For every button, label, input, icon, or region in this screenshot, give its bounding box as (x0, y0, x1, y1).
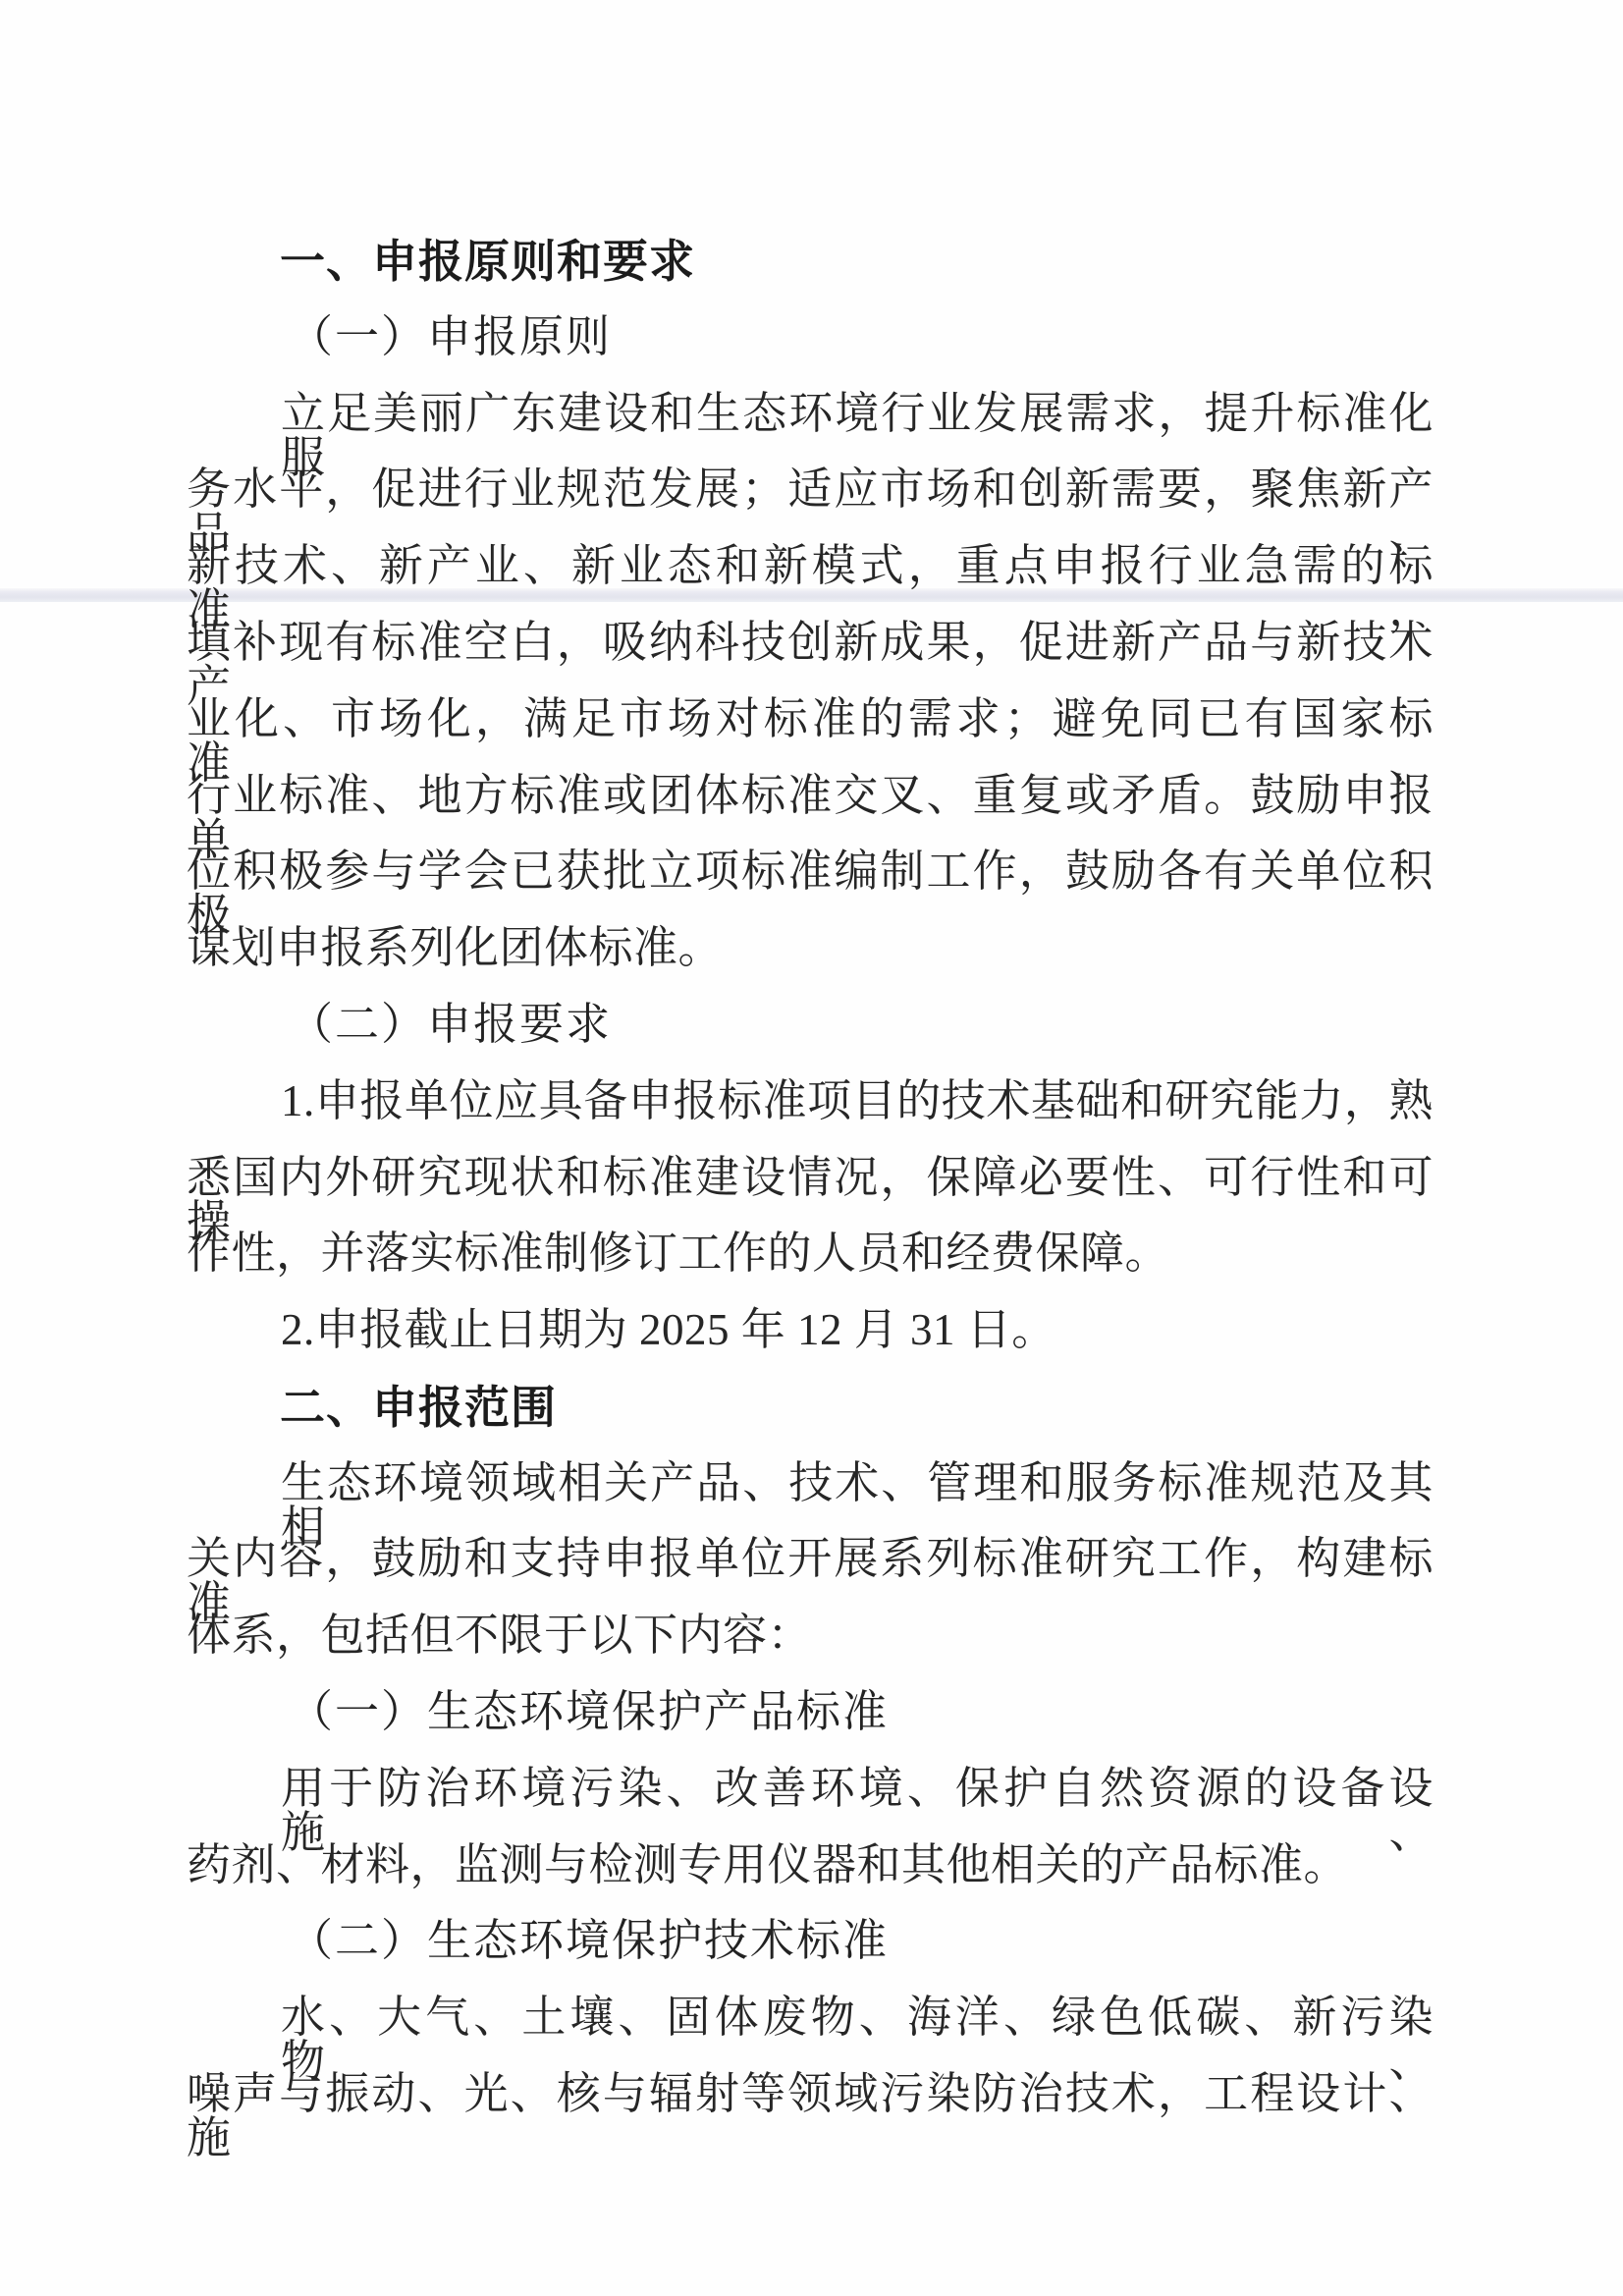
body-text-line: 1.申报单位应具备申报标准项目的技术基础和研究能力，熟 (187, 1079, 1434, 1123)
body-text-line: 药剂、材料，监测与检测专用仪器和其他相关的产品标准。 (187, 1843, 1434, 1887)
body-text-line: 作性，并落实标准制修订工作的人员和经费保障。 (187, 1231, 1434, 1276)
subheading-declaration-requirements: （二）申报要求 (289, 1003, 1434, 1047)
body-text-line: 体系，包括但不限于以下内容： (187, 1613, 1434, 1658)
body-text-line: 谋划申报系列化团体标准。 (187, 926, 1434, 970)
heading-declaration-principles-and-requirements: 一、申报原则和要求 (280, 239, 1434, 284)
heading-declaration-scope: 二、申报范围 (280, 1385, 1434, 1430)
subheading-technical-standards: （二）生态环境保护技术标准 (289, 1919, 1434, 1963)
deadline-text-line: 2.申报截止日期为 2025 年 12 月 31 日。 (187, 1308, 1434, 1352)
scanned-document-page: 一、申报原则和要求 （一）申报原则 立足美丽广东建设和生态环境行业发展需求，提升… (0, 0, 1623, 2296)
subheading-declaration-principles: （一）申报原则 (289, 315, 1434, 359)
body-text-line: 噪声与振动、光、核与辐射等领域污染防治技术，工程设计、施 (187, 2072, 1434, 2160)
subheading-product-standards: （一）生态环境保护产品标准 (289, 1690, 1434, 1734)
